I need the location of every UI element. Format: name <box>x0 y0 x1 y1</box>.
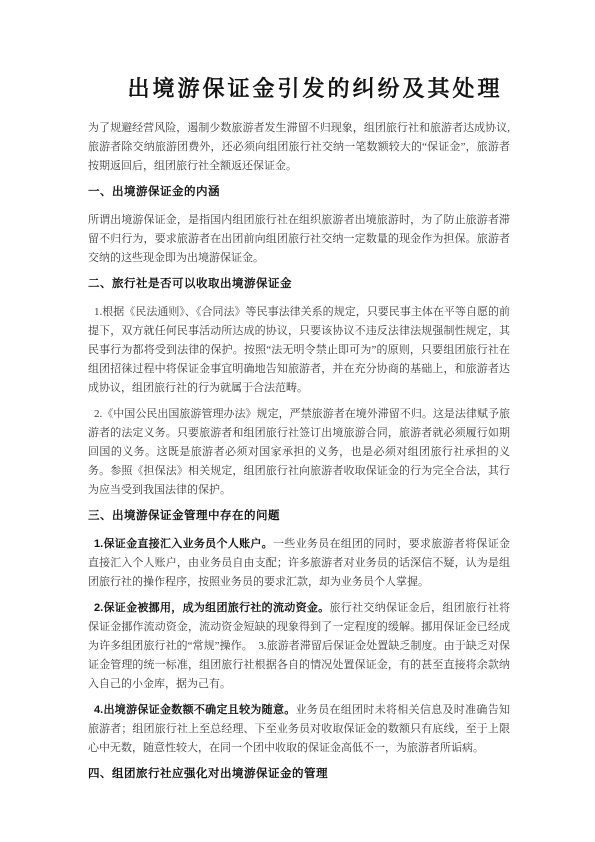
section-3-paragraph-2: 2.保证金被挪用，成为组团旅行社的流动资金。旅行社交纳保证金后，组团旅行社将保证… <box>88 599 510 694</box>
paragraph-lead: 1.保证金直接汇入业务员个人账户。 <box>94 538 273 550</box>
document-title: 出境游保证金引发的纠纷及其处理 <box>104 76 526 102</box>
section-heading-1: 一、出境游保证金的内涵 <box>88 183 510 202</box>
document-page: 出境游保证金引发的纠纷及其处理 为了规避经营风险，遏制少数旅游者发生滞留不归现象… <box>0 0 595 842</box>
paragraph-text: 旅行社交纳保证金后，组团旅行社将保证金挪作流动资金，流动资金短缺的现象得到了一定… <box>88 602 510 690</box>
paragraph-lead: 2.保证金被挪用，成为组团旅行社的流动资金。 <box>94 602 329 614</box>
section-heading-3: 三、出境游保证金管理中存在的问题 <box>88 507 510 526</box>
section-heading-4: 四、组团旅行社应强化对出境游保证金的管理 <box>88 765 510 784</box>
section-1-paragraph-1: 所谓出境游保证金，是指国内组团旅行社在组织旅游者出境旅游时，为了防止旅游者滞留不… <box>88 211 510 268</box>
paragraph-lead: 4.出境游保证金数额不确定且较为随意。 <box>94 704 296 716</box>
section-3-paragraph-3: 4.出境游保证金数额不确定且较为随意。业务员在组团时未将相关信息及时准确告知旅游… <box>88 701 510 758</box>
section-2-paragraph-1: 1.根据《民法通则》、《合同法》等民事法律关系的规定，只要民事主体在平等自愿的前… <box>88 303 510 398</box>
section-3-paragraph-1: 1.保证金直接汇入业务员个人账户。一些业务员在组团的同时，要求旅游者将保证金直接… <box>88 535 510 592</box>
intro-paragraph: 为了规避经营风险，遏制少数旅游者发生滞留不归现象，组团旅行社和旅游者达成协议,旅… <box>88 119 510 176</box>
section-2-paragraph-2: 2.《中国公民出国旅游管理办法》规定，严禁旅游者在境外滞留不归。这是法律赋予旅游… <box>88 405 510 500</box>
section-heading-2: 二、旅行社是否可以收取出境游保证金 <box>88 275 510 294</box>
